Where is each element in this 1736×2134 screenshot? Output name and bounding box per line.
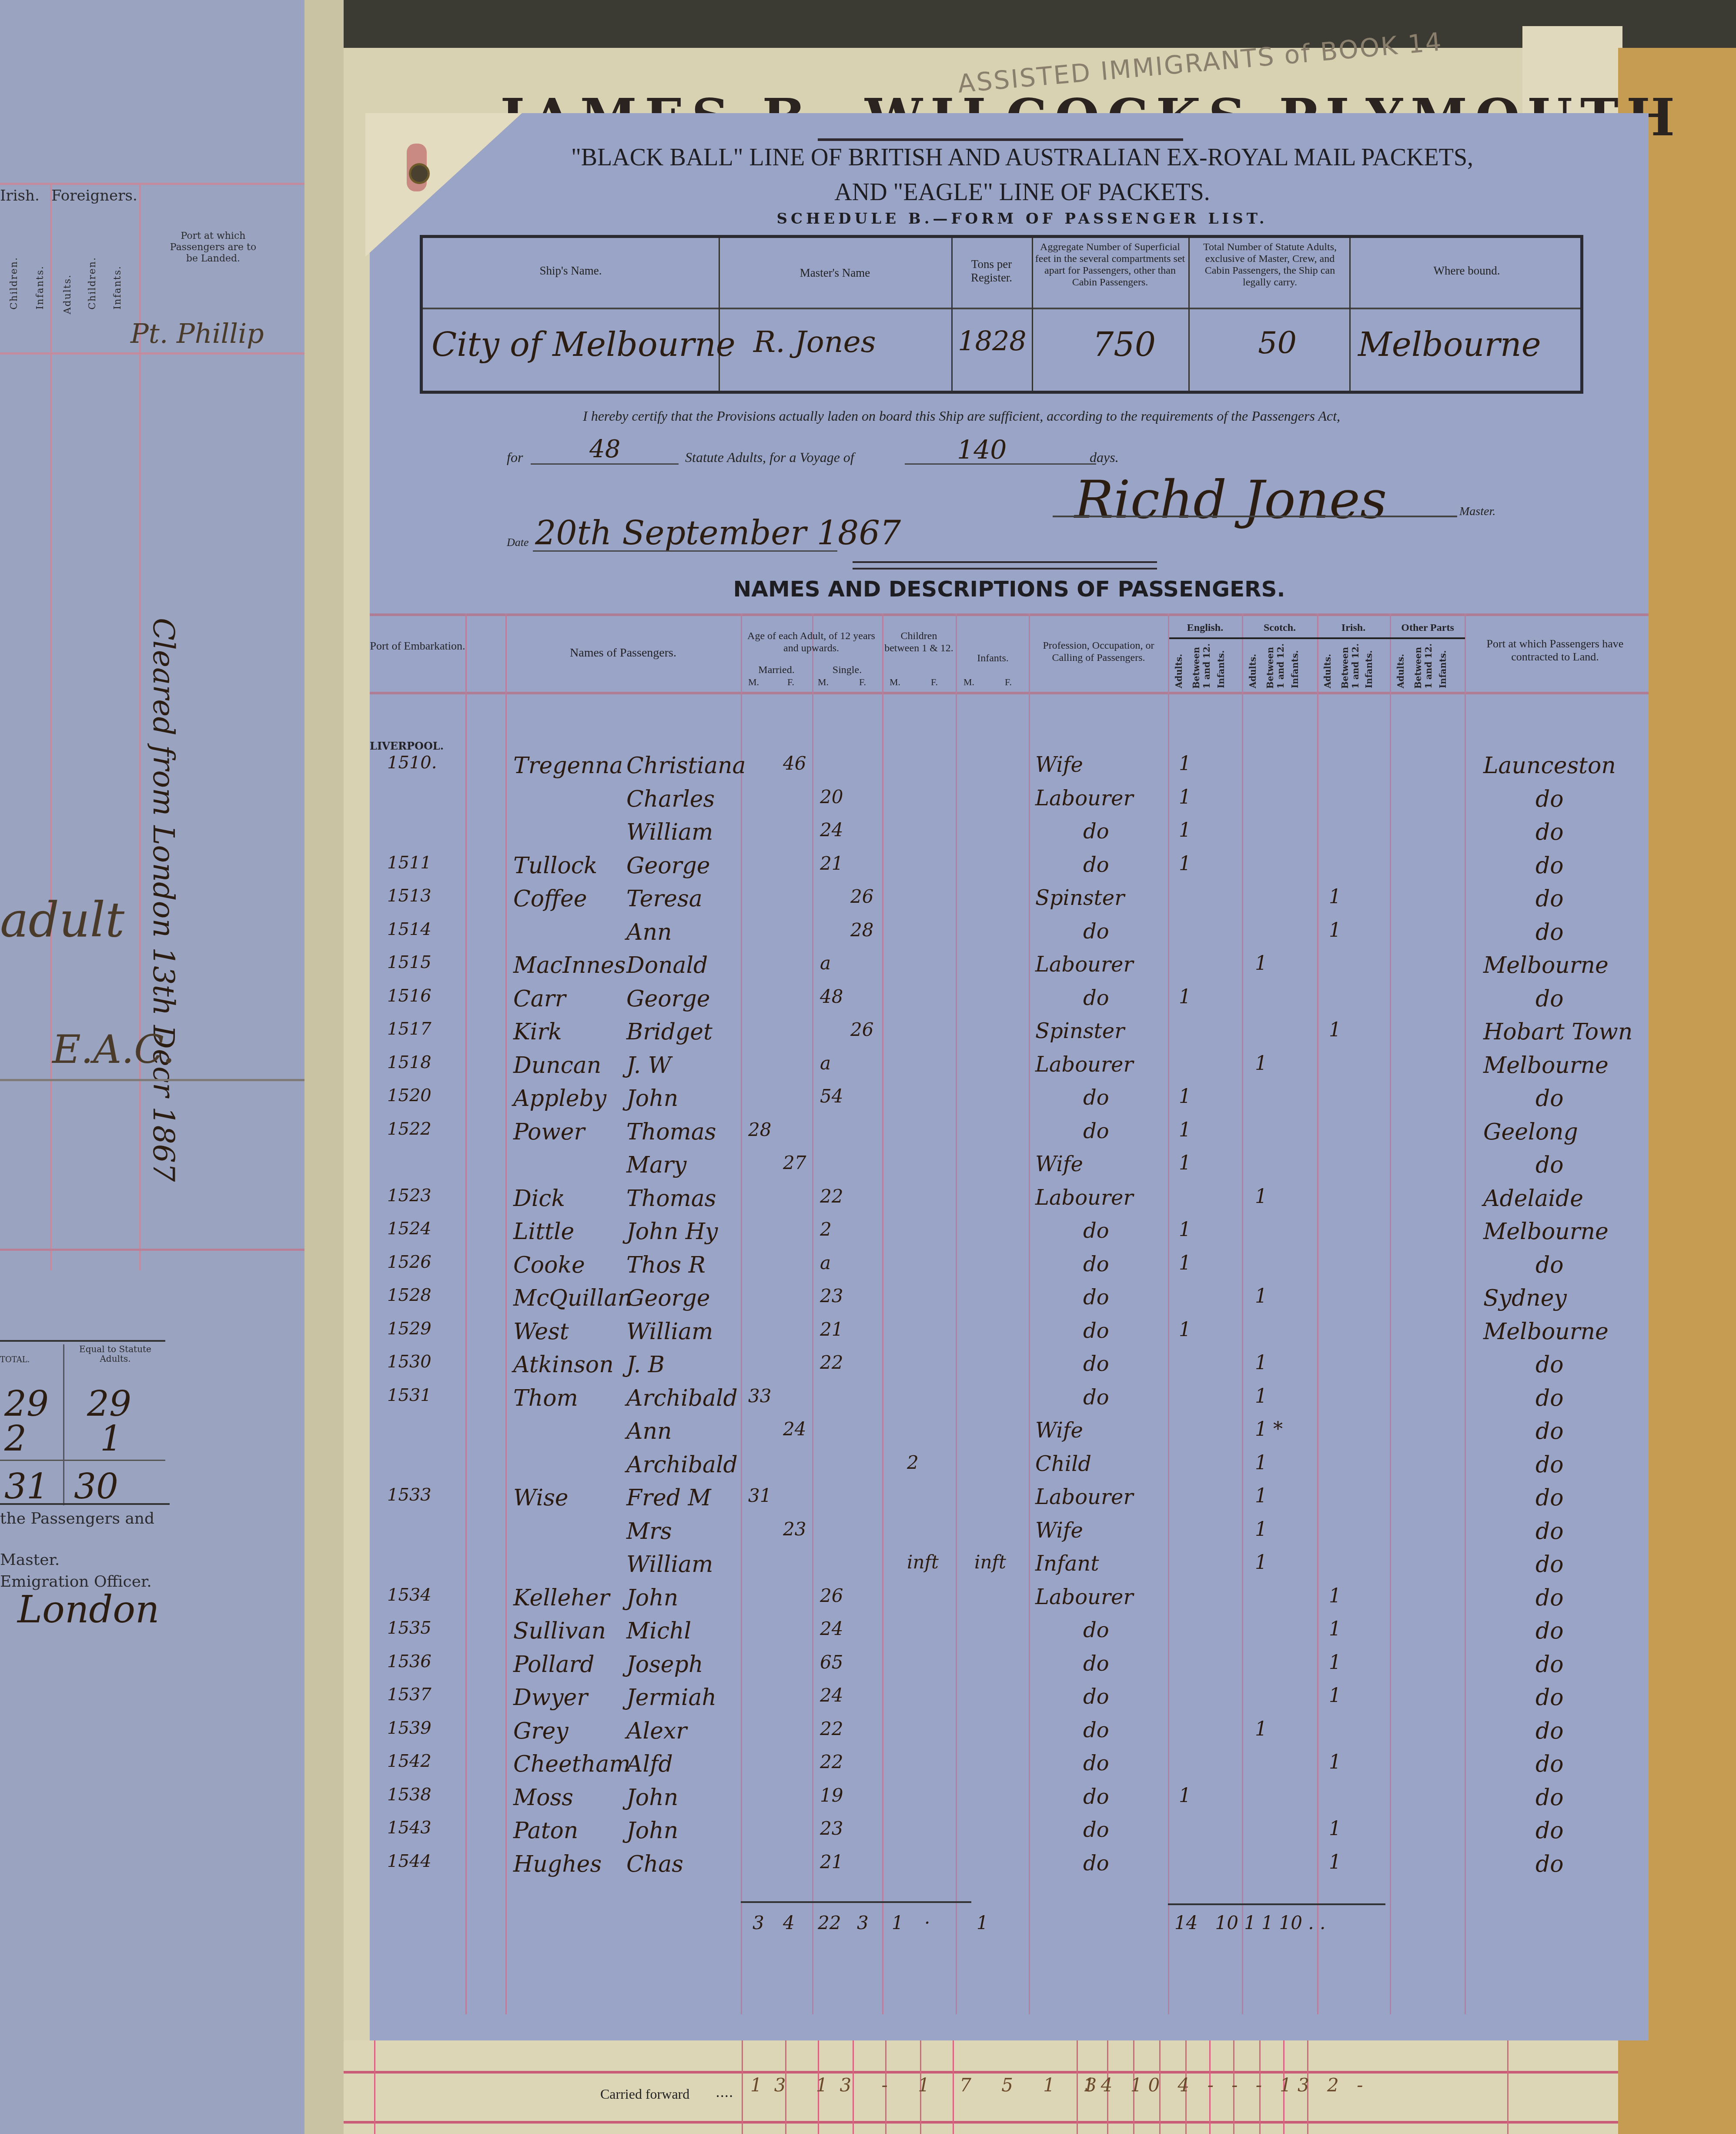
statute-adults-value: 50 [1258,325,1297,361]
surname: Tregenna [513,753,623,779]
table-row: 1535SullivanMichl24do1do [370,1618,1649,1651]
note-line: Cleared [146,618,181,736]
age-single-m: 2 [820,1219,832,1240]
table-row: 1514Ann28do1do [370,919,1649,952]
certificate-text: I hereby certify that the Provisions act… [583,408,1340,424]
total-single-m: 22 [818,1912,841,1933]
divider [742,2040,743,2134]
carried-forward-nation-values: 14 10 4 - - - 13 2 - [1083,2074,1369,2096]
table-row: William24do1do [370,819,1649,852]
footer-passengers: the Passengers and [0,1510,154,1528]
title-line-2: AND "EAGLE" LINE OF PACKETS. [500,178,1544,206]
english-adults: 1 [1179,1219,1191,1241]
col-children: Children. [87,257,98,310]
scotch-adults: 1 [1255,1285,1267,1307]
destination: do [1535,886,1564,912]
english-adults: 1 [1179,1319,1191,1341]
given-name: John [626,1085,678,1112]
given-name: Archibald [626,1385,738,1411]
sub-infants: Infants. [1364,645,1374,688]
occupation: do [1083,1085,1109,1110]
sub-infants: Infants. [1290,645,1300,688]
given-name: Alexr [626,1718,687,1744]
occupation: Wife [1035,1518,1083,1543]
table-row: 1538MossJohn19do1do [370,1785,1649,1818]
passenger-number: 1511 [387,853,431,873]
occupation: do [1083,1285,1109,1310]
divider [0,352,322,355]
irish-adults: 1 [1329,1585,1341,1607]
occupation: Labourer [1035,1186,1133,1210]
surname: Appleby [513,1085,606,1112]
occupation: do [1083,1785,1109,1809]
total-child-f: · [924,1912,930,1933]
divider [853,568,1157,570]
occupation: Labourer [1035,1052,1133,1077]
divider [0,1249,322,1251]
title-rule [818,138,1183,141]
total-infants: 1 [977,1912,988,1933]
surname: Dick [513,1186,565,1212]
age-single-m: 26 [820,1585,843,1606]
occupation: do [1083,1685,1109,1709]
passenger-number: 1531 [387,1385,431,1405]
given-name: George [626,1285,710,1311]
m-label: M. [890,677,900,688]
english-adults: 1 [1179,753,1191,775]
table-row: Charles20Labourer1do [370,786,1649,819]
irish-adults: 1 [1329,1019,1341,1041]
scotch-adults: 1 [1255,1518,1267,1541]
age-single-m: 54 [820,1085,843,1107]
scotch-adults: 1 [1255,1452,1267,1474]
occupation: do [1083,919,1109,944]
destination: Melbourne [1483,952,1609,978]
age-single-m: a [820,952,831,974]
occupation: do [1083,1219,1109,1243]
destination: Melbourne [1483,1219,1609,1245]
passenger-number: 1528 [387,1285,431,1305]
destination: do [1535,1818,1564,1844]
divider [0,1460,165,1461]
age-single-m: 22 [820,1352,843,1373]
passenger-number: 1517 [387,1019,431,1039]
passenger-number: 1537 [387,1685,431,1705]
passenger-number: 1520 [387,1085,431,1106]
table-row: 1531ThomArchibald33do1do [370,1385,1649,1418]
table-row: 1530AtkinsonJ. B22do1do [370,1352,1649,1385]
surname: Coffee [513,886,587,912]
occupation: do [1083,1851,1109,1876]
destination: do [1535,786,1564,812]
scotch-header: Scotch. [1243,622,1316,634]
sub-between: Between 1 and 12. [1413,643,1434,689]
age-married-f: 27 [783,1152,806,1173]
date-value: 20th September 1867 [535,513,901,552]
destination: do [1535,1618,1564,1644]
destination: do [1535,1785,1564,1811]
destination: do [1535,1551,1564,1578]
passenger-number: 1543 [387,1818,431,1838]
m-label: M. [818,677,829,688]
scotch-adults: 1 [1255,1186,1267,1208]
english-adults: 1 [1179,1252,1191,1274]
surname: Carr [513,986,566,1012]
signature-line [1053,516,1457,517]
given-name: Chas [626,1851,683,1877]
irish-adults: 1 [1329,1818,1341,1840]
destination: do [1535,1685,1564,1711]
age-single-m: 20 [820,786,843,807]
occupation: Infant [1035,1551,1099,1576]
occupation: do [1083,1818,1109,1842]
table-row: 1526CookeThos Rado1do [370,1252,1649,1285]
passenger-number: 1514 [387,919,431,939]
occupation: Spinster [1035,886,1124,910]
occupation: do [1083,1618,1109,1642]
destination: do [1535,1085,1564,1112]
surname: Grey [513,1718,569,1744]
occupation: Wife [1035,1152,1083,1176]
age-single-m: 24 [820,1618,843,1639]
carried-forward-strip: Carried forward .... 13 13 - 1 7 5 1 3 1… [344,2040,1618,2134]
age-single-m: 21 [820,1851,843,1873]
scotch-adults: 1 [1255,1551,1267,1574]
age-married-f: 46 [783,753,806,774]
surname: Pollard [513,1652,595,1678]
english-adults: 1 [1179,1152,1191,1174]
given-name: Joseph [626,1652,703,1678]
binding-gutter [304,0,344,2134]
children-header: Children between 1 & 12. [883,630,955,654]
occupation: Labourer [1035,1485,1133,1509]
names-header: Names of Passengers. [505,646,741,660]
destination: do [1535,919,1564,945]
passenger-number: 1529 [387,1319,431,1339]
given-name: Bridget [626,1019,712,1045]
given-name: Thomas [626,1119,716,1145]
occupation: Labourer [1035,1585,1133,1609]
destination: do [1535,1352,1564,1378]
total-value: 31 [4,1466,49,1507]
surname: Power [513,1119,585,1145]
age-single-m: 23 [820,1285,843,1307]
totals-rule [741,1901,971,1903]
occupation: do [1083,1319,1109,1343]
days-label: days. [1090,449,1119,466]
passenger-number: 1534 [387,1585,431,1605]
given-name: George [626,986,710,1012]
total-label: TOTAL. [0,1355,30,1364]
passenger-number: 1526 [387,1252,431,1272]
table-row: 1542CheethamAlfd22do1do [370,1751,1649,1784]
col-adults: Adults. [62,274,73,314]
occupation: do [1083,1119,1109,1143]
m-label: M. [748,677,759,688]
surname: Dwyer [513,1685,588,1711]
sub-adults: Adults. [1248,645,1258,688]
divider [50,183,52,1270]
tons-header: Tons per Register. [951,258,1032,285]
surname: McQuillan [513,1285,632,1311]
table-row: 1511TullockGeorge21do1do [370,853,1649,886]
occupation: Labourer [1035,952,1133,977]
surname: Duncan [513,1052,601,1079]
voyage-days: 140 [957,435,1007,466]
given-name: Michl [626,1618,691,1644]
table-row: 1537DwyerJermiah24do1do [370,1685,1649,1718]
table-row: Ann24Wife1 *do [370,1418,1649,1451]
where-bound-header: Where bound. [1349,264,1584,278]
for-label: for [507,449,523,466]
divider [0,1503,170,1505]
passenger-number: 1523 [387,1186,431,1206]
equal-value: 30 [74,1466,118,1507]
passenger-number: 1535 [387,1618,431,1638]
f-label: F. [859,677,866,688]
destination: do [1535,986,1564,1012]
adults-count: 48 [589,435,620,463]
table-row: 1544HughesChas21do1do [370,1851,1649,1884]
age-married-m: 28 [748,1119,771,1140]
destination: do [1535,1252,1564,1278]
passenger-number: 1536 [387,1652,431,1672]
irish-adults: 1 [1329,1685,1341,1707]
given-name: Thomas [626,1186,716,1212]
age-single-m: a [820,1052,831,1074]
divider [0,1340,165,1342]
table-row: 1524LittleJohn Hy2do1Melbourne [370,1219,1649,1252]
occupation: do [1083,1652,1109,1676]
table-row: Archibald2Child1do [370,1452,1649,1485]
age-single-m: 24 [820,1685,843,1706]
age-single-m: 24 [820,819,843,841]
total-single-f: 3 [857,1912,869,1933]
destination: do [1535,853,1564,879]
surname: Hughes [513,1851,602,1877]
table-row: Mary27Wife1do [370,1152,1649,1185]
scotch-adults: 1 [1255,952,1267,975]
table-row: 1516CarrGeorge48do1do [370,986,1649,1019]
divider [1349,238,1351,391]
destination: do [1535,819,1564,845]
given-name: J. W [626,1052,671,1079]
table-row: 1522PowerThomas28do1Geelong [370,1119,1649,1152]
superficial-value: 750 [1093,325,1156,364]
passenger-number: 1515 [387,952,431,972]
surname: Little [513,1219,574,1245]
occupation: do [1083,853,1109,877]
occupation: Labourer [1035,786,1133,811]
underline [533,550,837,552]
destination: Launceston [1483,753,1616,779]
destination: Geelong [1483,1119,1578,1145]
surname: Tullock [513,853,597,879]
age-single-m: 22 [820,1718,843,1739]
occupation: do [1083,819,1109,844]
english-adults: 1 [1179,1119,1191,1141]
surname: Sullivan [513,1618,606,1644]
total-child-m: 1 [892,1912,903,1933]
age-single-m: 22 [820,1751,843,1772]
title-line-1: "BLACK BALL" LINE OF BRITISH AND AUSTRAL… [500,144,1544,171]
given-name: Charles [626,786,715,812]
destination: do [1535,1385,1564,1411]
total-nationality: 14 10 1 1 10 . . [1174,1912,1325,1933]
surname: MacInnes [513,952,625,978]
scotch-adults: 1 [1255,1718,1267,1740]
surname: Cooke [513,1252,585,1278]
age-married-m: 31 [748,1485,771,1506]
given-name: Thos R [626,1252,706,1278]
destination: do [1535,1418,1564,1444]
age-single-m: 23 [820,1818,843,1839]
ship-name-value: City of Melbourne [431,325,736,364]
given-name: Ann [626,919,672,945]
irish-header: Irish. [0,187,40,204]
equal-label: Equal to Statute Adults. [76,1344,154,1363]
note-line: 1867 [146,1106,181,1182]
english-adults: 1 [1179,853,1191,875]
table-row: 1515MacInnesDonaldaLabourer1Melbourne [370,952,1649,985]
irish-adults: 1 [1329,919,1341,941]
given-name: J. B [626,1352,665,1378]
passenger-number: 1539 [387,1718,431,1738]
total-married-m: 3 [753,1912,764,1933]
surname: Atkinson [513,1352,614,1378]
table-row: 1533WiseFred M31Labourer1do [370,1485,1649,1518]
passenger-number: 1510. [387,753,437,773]
passenger-number: 1533 [387,1485,431,1505]
divider [1507,2040,1509,2134]
given-name: Donald [626,952,708,978]
f-label: F. [1005,677,1012,688]
destination: do [1535,1652,1564,1678]
given-name: Teresa [626,886,702,912]
eyelet-icon [409,163,430,184]
tons-value: 1828 [958,325,1027,357]
given-name: Archibald [626,1452,738,1478]
scotch-adults: 1 [1255,1385,1267,1407]
destination: do [1535,1152,1564,1178]
occupation: do [1083,986,1109,1010]
master-signature: Richd Jones [1074,470,1387,530]
header-top-rule [370,613,1649,616]
scotch-adults: 1 [1255,1352,1267,1374]
passenger-number: 1516 [387,986,431,1006]
carried-forward-values: 13 13 - 1 7 5 1 3 [750,2074,1109,2096]
sub-between: Between 1 and 12. [1191,643,1212,689]
scotch-adults: 1 * [1255,1418,1283,1441]
english-adults: 1 [1179,1785,1191,1807]
occupation: do [1083,1352,1109,1376]
destination: Sydney [1483,1285,1567,1311]
table-row: 1513CoffeeTeresa26Spinster1do [370,886,1649,919]
surname: Cheetham [513,1751,631,1777]
irish-adults: 1 [1329,1851,1341,1873]
divider [423,308,1580,309]
divider [0,1079,322,1081]
date-label: Date [507,536,529,549]
table-row: 1536PollardJoseph65do1do [370,1652,1649,1685]
divider [853,561,1157,563]
english-adults: 1 [1179,986,1191,1008]
divider [374,2040,375,2134]
age-married-f: 24 [783,1418,806,1440]
married-header: Married. [744,664,809,676]
irish-adults: 1 [1329,1618,1341,1640]
age-single-m: a [820,1252,831,1273]
sub-adults: Adults. [1322,645,1333,688]
footer-place: London [17,1588,160,1631]
destination: do [1535,1585,1564,1611]
occupation: do [1083,1751,1109,1776]
divider [1188,238,1190,391]
divider [0,183,322,185]
given-name: John [626,1818,678,1844]
divider [1032,238,1033,391]
adults-note: adult [0,892,124,948]
header-bottom-rule [370,692,1649,694]
passenger-number: 1513 [387,886,431,906]
age-married-f: 23 [783,1518,806,1540]
carried-forward-dots: .... [716,2084,733,2100]
given-name: Christiana [626,753,746,779]
irish-adults: 1 [1329,1751,1341,1773]
master-name-value: R. Jones [753,325,876,359]
schedule-subtitle: SCHEDULE B.—FORM OF PASSENGER LIST. [500,210,1544,228]
english-header: English. [1169,622,1241,634]
port-embark-header: Port of Embarkation. [370,640,465,653]
occupation: do [1083,1252,1109,1276]
occupation: Wife [1035,753,1083,777]
table-row: 1517KirkBridget26Spinster1Hobart Town [370,1019,1649,1052]
passenger-number: 1518 [387,1052,431,1072]
port-land-header: Port at which Passengers have contracted… [1468,637,1642,663]
col-infants: Infants. [35,265,46,309]
equal-value: 1 [100,1418,122,1459]
total-value: 2 [4,1418,27,1459]
destination: do [1535,1851,1564,1877]
age-single-m: 19 [820,1785,843,1806]
given-name: Jermiah [626,1685,716,1711]
foreigners-header: Foreigners. [51,187,137,204]
where-bound-value: Melbourne [1358,325,1541,364]
passenger-number: 1542 [387,1751,431,1771]
passenger-number: 1524 [387,1219,431,1239]
age-married-m: 33 [748,1385,771,1407]
english-adults: 1 [1179,1085,1191,1108]
given-name: Alfd [626,1751,673,1777]
totals-rule [1168,1903,1385,1905]
ship-info-table: Ship's Name. Master's Name Tons per Regi… [420,235,1583,394]
passengers-section-title: NAMES AND DESCRIPTIONS OF PASSENGERS. [370,576,1649,602]
infants-count: inft [974,1551,1006,1573]
age-single-m: 21 [820,853,843,874]
sub-infants: Infants. [1216,645,1226,688]
age-single-m: 65 [820,1652,843,1673]
surname: West [513,1319,569,1345]
given-name: Ann [626,1418,672,1444]
children-count: 2 [907,1452,919,1473]
occupation: do [1083,1385,1109,1410]
table-row: 1523DickThomas22Labourer1Adelaide [370,1186,1649,1219]
superficial-header: Aggregate Number of Superficial feet in … [1034,241,1186,288]
passenger-table: Port of Embarkation. Names of Passengers… [370,613,1649,2014]
destination: do [1535,1718,1564,1744]
profession-header: Profession, Occupation, or Calling of Pa… [1030,640,1167,664]
english-adults: 1 [1179,786,1191,808]
